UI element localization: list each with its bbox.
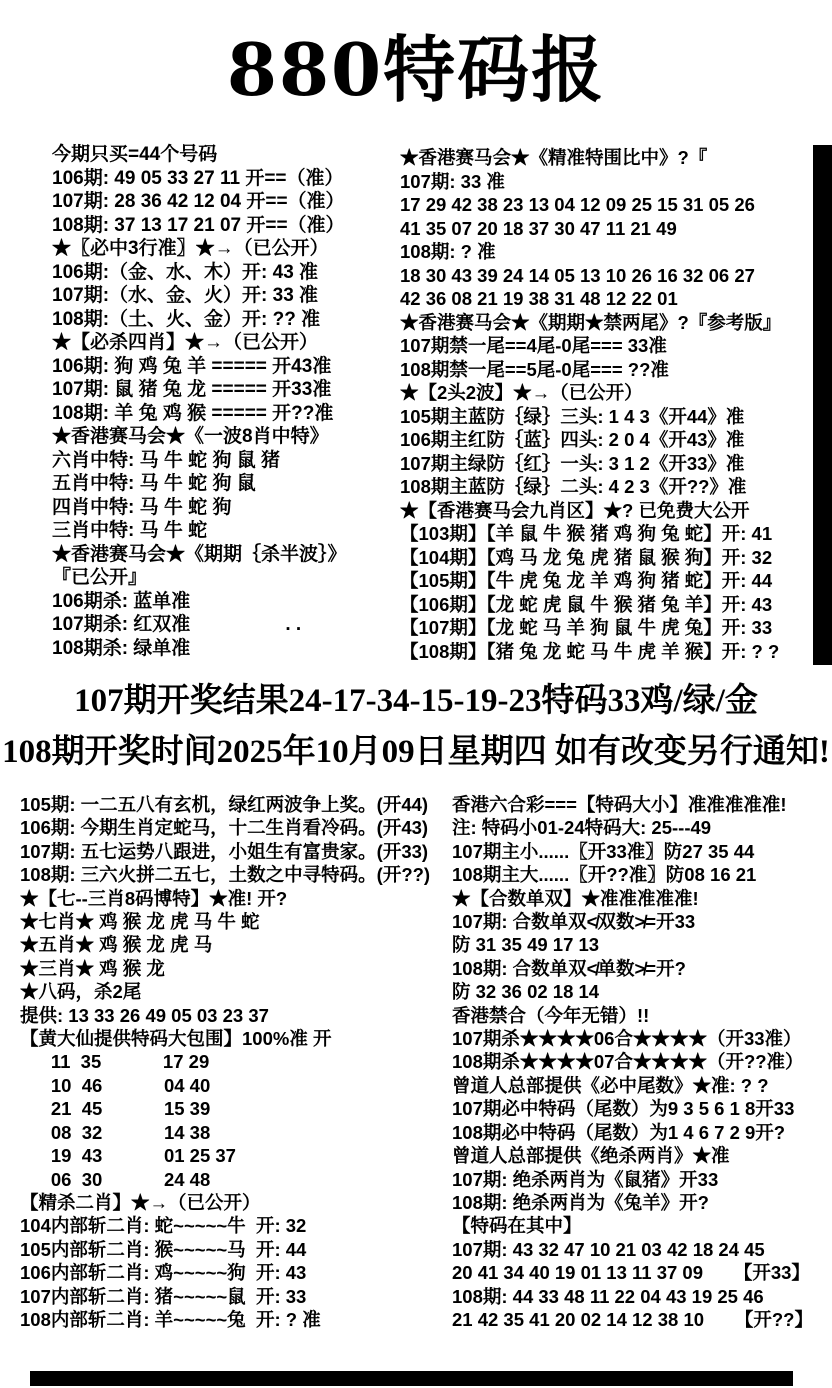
text-line: 08 32 14 38 xyxy=(20,1121,452,1144)
text-line: ★香港赛马会★《精准特围比中》?『 xyxy=(400,146,812,170)
text-line: 三肖中特: 马 牛 蛇 xyxy=(52,519,400,543)
text-line: 104内部斩二肖: 蛇~~~~~牛 开: 32 xyxy=(20,1214,452,1237)
text-line: 注: 特码小01-24特码大: 25---49 xyxy=(452,816,830,839)
text-line: ★【七--三肖8码博特】★准! 开? xyxy=(20,887,452,910)
text-line: 【108期】【猪 兔 龙 蛇 马 牛 虎 羊 猴】开: ? ? xyxy=(400,640,812,664)
text-line: 【104期】【鸡 马 龙 兔 虎 猪 鼠 猴 狗】开: 32 xyxy=(400,546,812,570)
text-line: 17 29 42 38 23 13 04 12 09 25 15 31 05 2… xyxy=(400,193,812,217)
text-line: 106内部斩二肖: 鸡~~~~~狗 开: 43 xyxy=(20,1261,452,1284)
text-line: 107期: 五七运势八跟进，小姐生有富贵家。(开33) xyxy=(20,840,452,863)
text-line: 【107期】【龙 蛇 马 羊 狗 鼠 牛 虎 兔】开: 33 xyxy=(400,616,812,640)
text-line: 21 42 35 41 20 02 14 12 38 10 【开??】 xyxy=(452,1308,830,1331)
bottom-right-column: 香港六合彩===【特码大小】准准准准准!注: 特码小01-24特码大: 25--… xyxy=(452,793,830,1331)
text-line: 【103期】【羊 鼠 牛 猴 猪 鸡 狗 兔 蛇】开: 41 xyxy=(400,522,812,546)
text-line: 防 31 35 49 17 13 xyxy=(452,933,830,956)
text-line: 108期: 44 33 48 11 22 04 43 19 25 46 xyxy=(452,1285,830,1308)
text-line: 105期主蓝防｛绿｝三头: 1 4 3《开44》准 xyxy=(400,405,812,429)
text-line: 【特码在其中】 xyxy=(452,1214,830,1237)
text-line: 五肖中特: 马 牛 蛇 狗 鼠 xyxy=(52,472,400,496)
text-line: 106期杀: 蓝单准 xyxy=(52,590,400,614)
text-line: ★五肖★ 鸡 猴 龙 虎 马 xyxy=(20,933,452,956)
text-line: 106期: 狗 鸡 兔 羊 ===== 开43准 xyxy=(52,355,400,379)
text-line: ★【2头2波】★→（已公开） xyxy=(400,381,812,405)
text-line: ★【香港赛马会九肖区】★? 已免费大公开 xyxy=(400,499,812,523)
text-line: 108期主大......〖开??准〗防08 16 21 xyxy=(452,863,830,886)
newspaper-page: 880特码报 今期只买=44个号码106期: 49 05 33 27 11 开=… xyxy=(0,0,832,1388)
text-line: 107期主绿防｛红｝一头: 3 1 2《开33》准 xyxy=(400,452,812,476)
text-line: 106期: 49 05 33 27 11 开==（准） xyxy=(52,167,400,191)
text-line: 107期必中特码（尾数）为9 3 5 6 1 8开33 xyxy=(452,1097,830,1120)
text-line: 107期杀★★★★06合★★★★（开33准） xyxy=(452,1027,830,1050)
text-line: 105期: 一二五八有玄机，绿红两波争上奖。(开44) xyxy=(20,793,452,816)
text-line: 06 30 24 48 xyxy=(20,1168,452,1191)
text-line: 107内部斩二肖: 猪~~~~~鼠 开: 33 xyxy=(20,1285,452,1308)
text-line: 42 36 08 21 19 38 31 48 12 22 01 xyxy=(400,287,812,311)
text-line: 『已公开』 xyxy=(52,566,400,590)
text-line: 107期: 33 准 xyxy=(400,170,812,194)
text-line: 107期: 28 36 42 12 04 开==（准） xyxy=(52,190,400,214)
text-line: 108期: 羊 兔 鸡 猴 ===== 开??准 xyxy=(52,402,400,426)
top-right-column: ★香港赛马会★《精准特围比中》?『107期: 33 准17 29 42 38 2… xyxy=(400,146,812,663)
text-line: 107期主小......〖开33准〗防27 35 44 xyxy=(452,840,830,863)
text-line: 108期: 37 13 17 21 07 开==（准） xyxy=(52,214,400,238)
text-line: 108期:（土、火、金）开: ?? 准 xyxy=(52,308,400,332)
text-line: 10 46 04 40 xyxy=(20,1074,452,1097)
text-line: 106期主红防｛蓝｝四头: 2 0 4《开43》准 xyxy=(400,428,812,452)
text-line: 41 35 07 20 18 37 30 47 11 21 49 xyxy=(400,217,812,241)
text-line: ★七肖★ 鸡 猴 龙 虎 马 牛 蛇 xyxy=(20,910,452,933)
text-line: 108期: 绝杀两肖为《兔羊》开? xyxy=(452,1191,830,1214)
text-line: 107期:（水、金、火）开: 33 准 xyxy=(52,284,400,308)
text-line: 曾道人总部提供《绝杀两肖》★准 xyxy=(452,1144,830,1167)
text-line: 11 35 17 29 xyxy=(20,1050,452,1073)
text-line: 108期禁一尾==5尾-0尾=== ??准 xyxy=(400,358,812,382)
text-line: 108期杀: 绿单准 xyxy=(52,637,400,661)
text-line: 香港六合彩===【特码大小】准准准准准! xyxy=(452,793,830,816)
text-line: 今期只买=44个号码 xyxy=(52,143,400,167)
text-line: ★香港赛马会★《期期★禁两尾》?『参考版』 xyxy=(400,311,812,335)
result-banner: 107期开奖结果24-17-34-15-19-23特码33鸡/绿/金 108期开… xyxy=(0,676,832,778)
text-line: 105内部斩二肖: 猴~~~~~马 开: 44 xyxy=(20,1238,452,1261)
text-line: 四肖中特: 马 牛 蛇 狗 xyxy=(52,496,400,520)
bottom-edge-black-bar xyxy=(30,1371,793,1386)
text-line: 防 32 36 02 18 14 xyxy=(452,980,830,1003)
text-line: 108内部斩二肖: 羊~~~~~兔 开: ? 准 xyxy=(20,1308,452,1331)
text-line: 106期: 今期生肖定蛇马，十二生肖看冷码。(开43) xyxy=(20,816,452,839)
text-line: 20 41 34 40 19 01 13 11 37 09 【开33】 xyxy=(452,1261,830,1284)
right-edge-black-bar xyxy=(813,145,832,665)
text-line: 曾道人总部提供《必中尾数》★准: ? ? xyxy=(452,1074,830,1097)
bottom-left-column: 105期: 一二五八有玄机，绿红两波争上奖。(开44)106期: 今期生肖定蛇马… xyxy=(20,793,452,1331)
top-left-column: 今期只买=44个号码106期: 49 05 33 27 11 开==（准）107… xyxy=(52,143,400,660)
text-line: 香港禁合（今年无错）!! xyxy=(452,1004,830,1027)
result-banner-line-1: 107期开奖结果24-17-34-15-19-23特码33鸡/绿/金 xyxy=(0,676,832,727)
text-line: 107期禁一尾==4尾-0尾=== 33准 xyxy=(400,334,812,358)
text-line: ★香港赛马会★《一波8肖中特》 xyxy=(52,425,400,449)
text-line: 21 45 15 39 xyxy=(20,1097,452,1120)
text-line: 108期杀★★★★07合★★★★（开??准） xyxy=(452,1050,830,1073)
text-line: ★三肖★ 鸡 猴 龙 xyxy=(20,957,452,980)
text-line: ★【合数单双】★准准准准准! xyxy=(452,887,830,910)
text-line: ★香港赛马会★《期期｛杀半波｝》 xyxy=(52,543,400,567)
text-line: 六肖中特: 马 牛 蛇 狗 鼠 猪 xyxy=(52,449,400,473)
text-line: 【黄大仙提供特码大包围】100%准 开 xyxy=(20,1027,452,1050)
text-line: 【精杀二肖】★→（已公开） xyxy=(20,1191,452,1214)
text-line: 19 43 01 25 37 xyxy=(20,1144,452,1167)
text-line: 107期: 鼠 猪 兔 龙 ===== 开33准 xyxy=(52,378,400,402)
text-line: ★八码，杀2尾 xyxy=(20,980,452,1003)
text-line: 108期: ? 准 xyxy=(400,240,812,264)
text-line: 106期:（金、水、木）开: 43 准 xyxy=(52,261,400,285)
text-line: 107期: 合数单双≮双数≯=开33 xyxy=(452,910,830,933)
text-line: 18 30 43 39 24 14 05 13 10 26 16 32 06 2… xyxy=(400,264,812,288)
text-line: 108期主蓝防｛绿｝二头: 4 2 3《开??》准 xyxy=(400,475,812,499)
text-line: 107期: 绝杀两肖为《鼠猪》开33 xyxy=(452,1168,830,1191)
text-line: 107期: 43 32 47 10 21 03 42 18 24 45 xyxy=(452,1238,830,1261)
text-line: 108期: 合数单双≮单数≯=开? xyxy=(452,957,830,980)
text-line: 提供: 13 33 26 49 05 03 23 37 xyxy=(20,1004,452,1027)
page-title: 880特码报 xyxy=(0,12,832,116)
text-line: 【106期】【龙 蛇 虎 鼠 牛 猴 猪 兔 羊】开: 43 xyxy=(400,593,812,617)
text-line: 107期杀: 红双准 . . xyxy=(52,613,400,637)
text-line: 108期必中特码（尾数）为1 4 6 7 2 9开? xyxy=(452,1121,830,1144)
text-line: 108期: 三六火拼二五七，土数之中寻特码。(开??) xyxy=(20,863,452,886)
text-line: ★〖必中3行准〗★→（已公开） xyxy=(52,237,400,261)
text-line: ★【必杀四肖】★→（已公开） xyxy=(52,331,400,355)
text-line: 【105期】【牛 虎 兔 龙 羊 鸡 狗 猪 蛇】开: 44 xyxy=(400,569,812,593)
result-banner-line-2: 108期开奖时间2025年10月09日星期四 如有改变另行通知! xyxy=(0,727,832,778)
